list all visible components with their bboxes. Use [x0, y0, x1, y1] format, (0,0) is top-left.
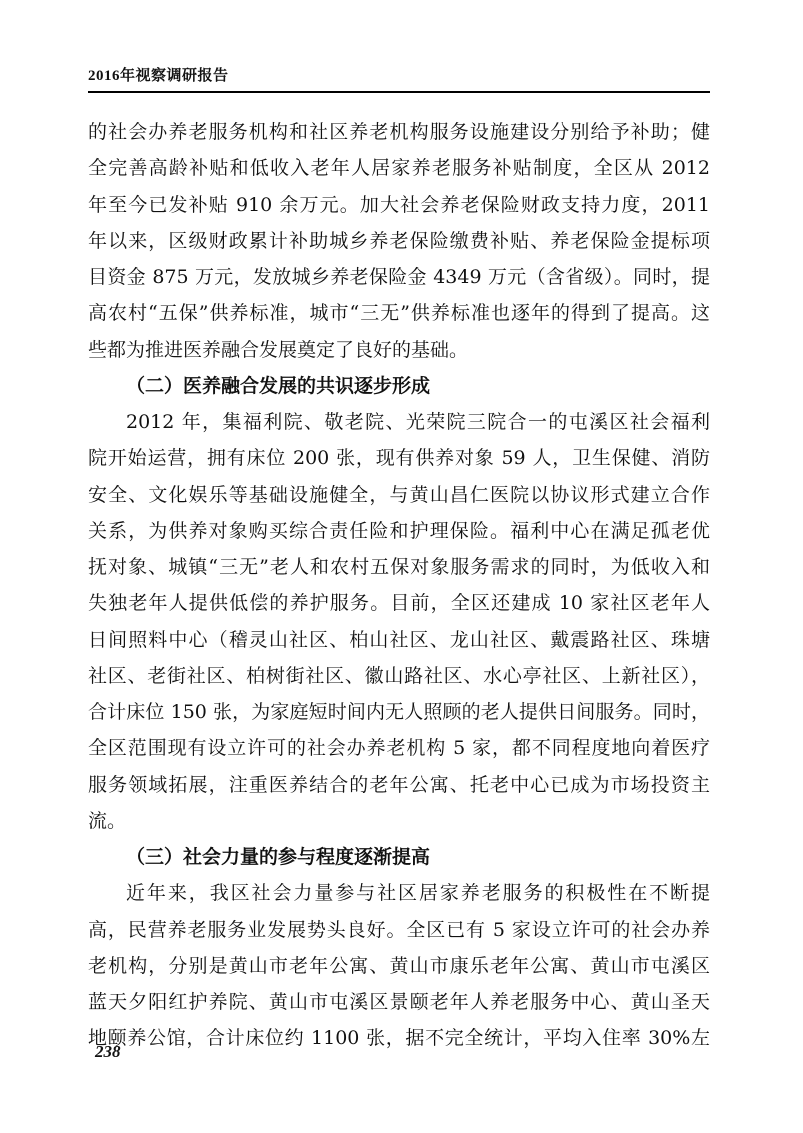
text-line: 2012 年，集福利院、敬老院、光荣院三院合一的屯溪区社会福利	[88, 404, 710, 440]
text-line: 的社会办养老服务机构和社区养老机构服务设施建设分别给予补助；健	[88, 114, 710, 150]
header-rule	[88, 91, 710, 93]
body-text: 的社会办养老服务机构和社区养老机构服务设施建设分别给予补助；健 全完善高龄补贴和…	[88, 114, 710, 1057]
text-line: 地颐养公馆，合计床位约 1100 张，据不完全统计，平均入住率 30%左	[88, 1020, 710, 1056]
text-line: 服务领域拓展，注重医养结合的老年公寓、托老中心已成为市场投资主	[88, 767, 710, 803]
text-line: 年以来，区级财政累计补助城乡养老保险缴费补贴、养老保险金提标项	[88, 223, 710, 259]
page-number: 238	[95, 1042, 121, 1062]
text-line: 些都为推进医养融合发展奠定了良好的基础。	[88, 332, 710, 368]
text-line: 老机构，分别是黄山市老年公寓、黄山市康乐老年公寓、黄山市屯溪区	[88, 948, 710, 984]
text-line: 抚对象、城镇“三无”老人和农村五保对象服务需求的同时，为低收入和	[88, 549, 710, 585]
text-line: 目资金 875 万元，发放城乡养老保险金 4349 万元（含省级）。同时，提	[88, 259, 710, 295]
text-line: 失独老年人提供低偿的养护服务。目前，全区还建成 10 家社区老年人	[88, 585, 710, 621]
section-heading: （二）医养融合发展的共识逐步形成	[88, 368, 710, 404]
text-line: 社区、老街社区、柏树街社区、徽山路社区、水心亭社区、上新社区），	[88, 658, 710, 694]
text-line: 安全、文化娱乐等基础设施健全，与黄山昌仁医院以协议形式建立合作	[88, 477, 710, 513]
text-line: 高农村“五保”供养标准，城市“三无”供养标准也逐年的得到了提高。这	[88, 295, 710, 331]
section-heading: （三）社会力量的参与程度逐渐提高	[88, 839, 710, 875]
text-line: 蓝天夕阳红护养院、黄山市屯溪区景颐老年人养老服务中心、黄山圣天	[88, 984, 710, 1020]
text-line: 合计床位 150 张，为家庭短时间内无人照顾的老人提供日间服务。同时，	[88, 694, 710, 730]
text-line: 近年来，我区社会力量参与社区居家养老服务的积极性在不断提	[88, 875, 710, 911]
running-head: 2016年视察调研报告	[88, 64, 229, 85]
text-line: 院开始运营，拥有床位 200 张，现有供养对象 59 人，卫生保健、消防	[88, 440, 710, 476]
text-line: 年至今已发补贴 910 余万元。加大社会养老保险财政支持力度，2011	[88, 187, 710, 223]
text-line: 流。	[88, 803, 710, 839]
text-line: 关系，为供养对象购买综合责任险和护理保险。福利中心在满足孤老优	[88, 513, 710, 549]
text-line: 全完善高龄补贴和低收入老年人居家养老服务补贴制度，全区从 2012	[88, 150, 710, 186]
text-line: 高，民营养老服务业发展势头良好。全区已有 5 家设立许可的社会办养	[88, 912, 710, 948]
text-line: 日间照料中心（稽灵山社区、柏山社区、龙山社区、戴震路社区、珠塘	[88, 622, 710, 658]
text-line: 全区范围现有设立许可的社会办养老机构 5 家，都不同程度地向着医疗	[88, 730, 710, 766]
